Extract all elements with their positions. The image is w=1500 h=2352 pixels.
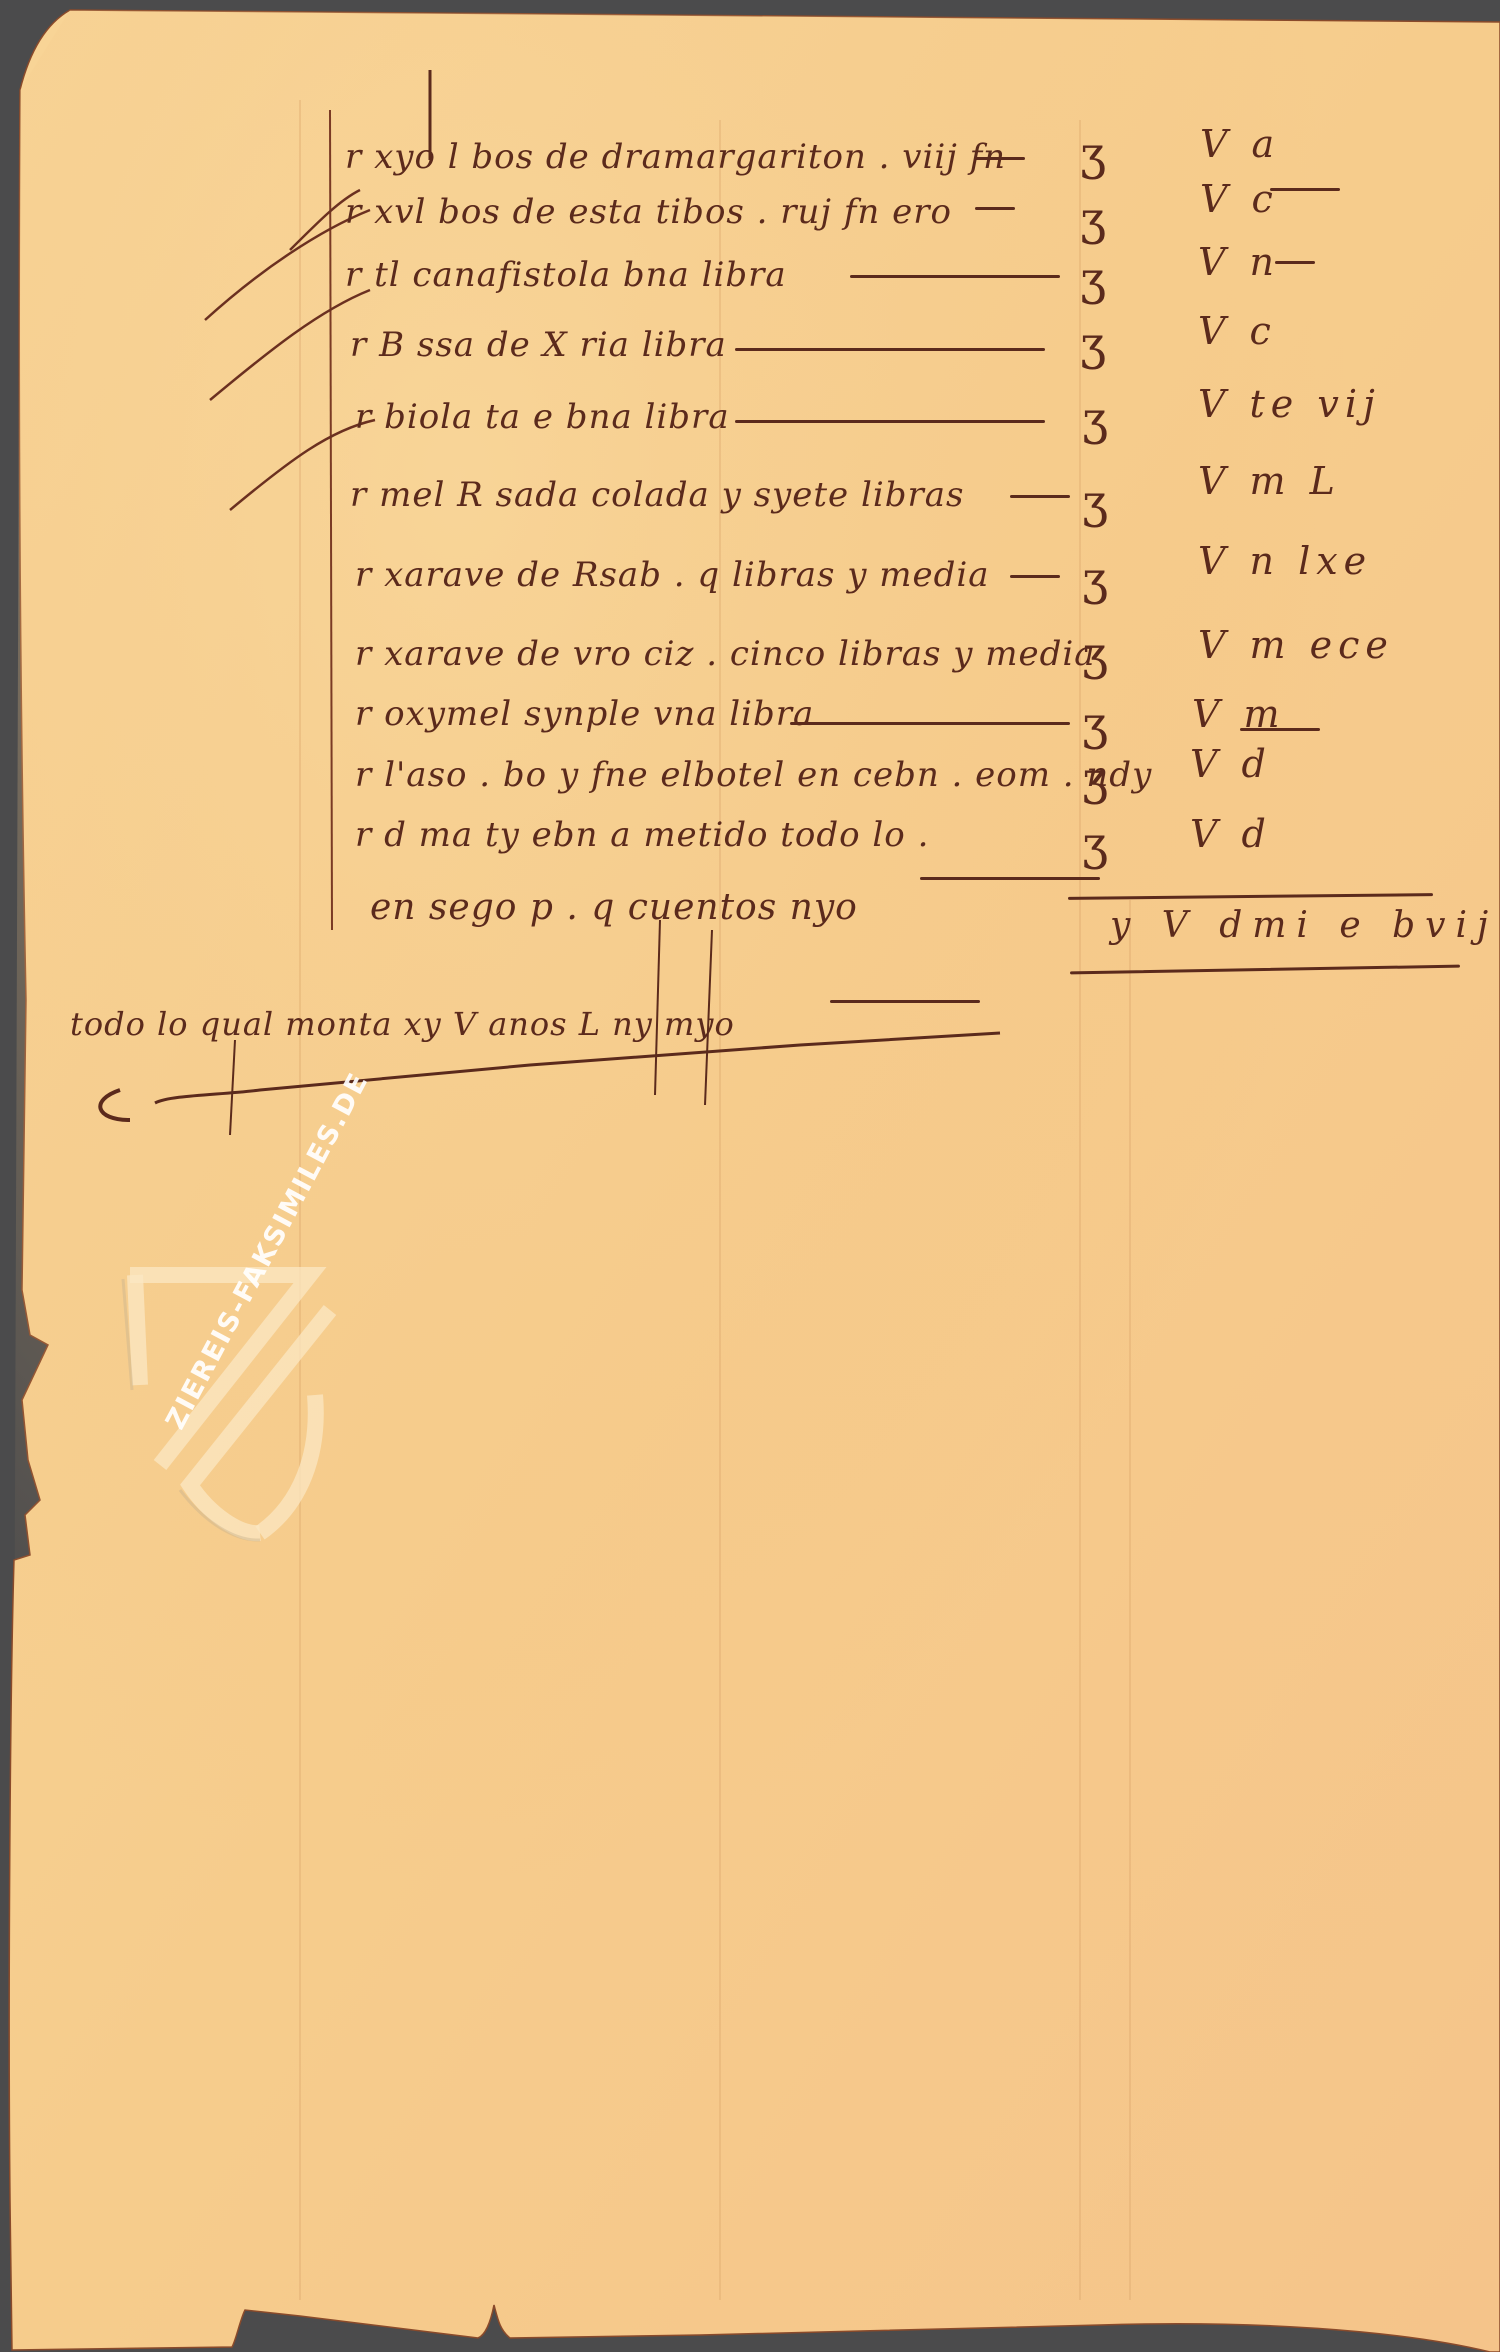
grand-total-underline [0,0,1500,1200]
manuscript-page: r xyo l bos de dramargariton . viij fn r… [0,0,1500,2352]
